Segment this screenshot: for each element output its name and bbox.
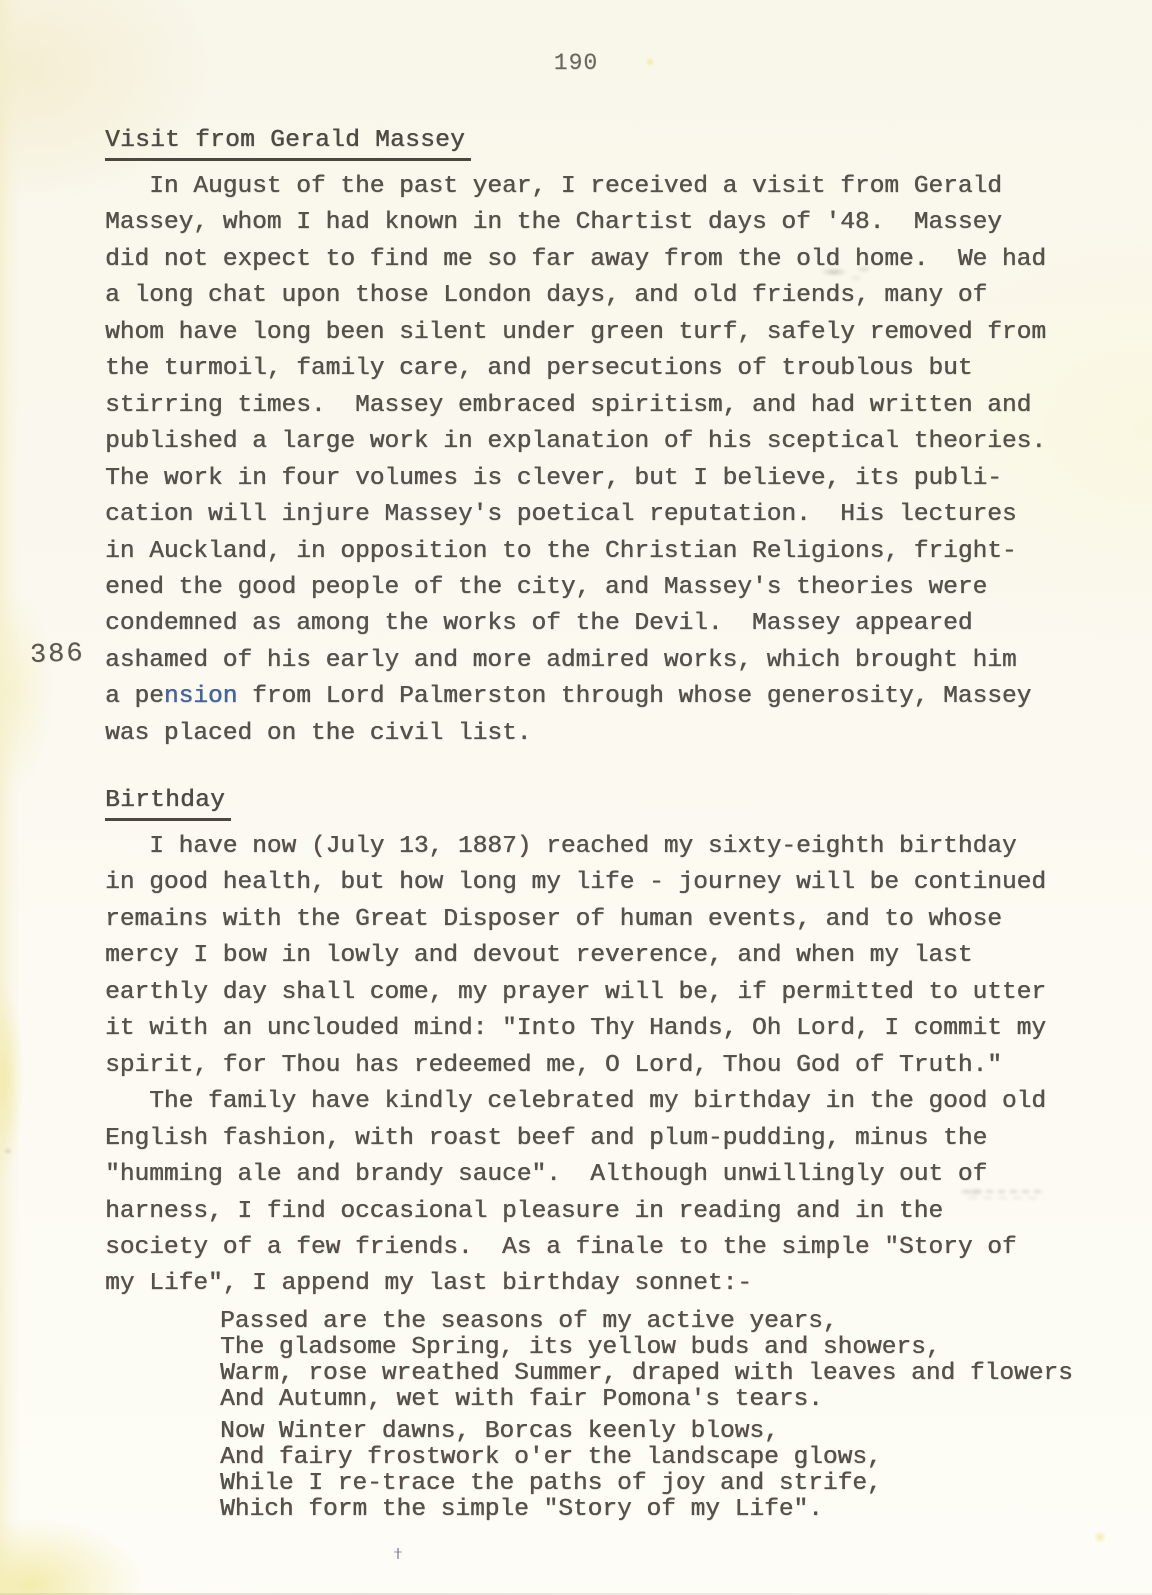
text-line: in good health, but how long my life - j… <box>105 865 1122 901</box>
text-line: published a large work in explanation of… <box>105 424 1122 460</box>
margin-note: 386 <box>29 639 85 671</box>
erasure-smudge <box>816 264 878 282</box>
stray-mark <box>397 1548 399 1559</box>
text-line: Which form the simple "Story of my Life"… <box>220 1497 1073 1523</box>
text-line: earthly day shall come, my prayer will b… <box>105 975 1122 1011</box>
text-line: the turmoil, family care, and persecutio… <box>105 351 1122 387</box>
text-line: ened the good people of the city, and Ma… <box>105 570 1122 606</box>
document-page: { "page": { "number": "190", "paper_colo… <box>0 0 1152 1595</box>
section-visit-massey: Visit from Gerald Massey In August of th… <box>105 126 1122 752</box>
text-line: English fashion, with roast beef and plu… <box>105 1121 1122 1157</box>
poem-sonnet: Passed are the seasons of my active year… <box>220 1309 1073 1523</box>
text-line: a long chat upon those London days, and … <box>105 278 1122 314</box>
edge-smudge <box>2 1146 14 1156</box>
text-line: Warm, rose wreathed Summer, draped with … <box>220 1361 1073 1387</box>
text-line: in Auckland, in opposition to the Christ… <box>105 534 1122 570</box>
text-line: While I re-trace the paths of joy and st… <box>220 1471 1073 1497</box>
text-line: stirring times. Massey embraced spiritis… <box>105 388 1122 424</box>
text-segment: from Lord Palmerston through whose gener… <box>237 683 1031 710</box>
text-line: Now Winter dawns, Borcas keenly blows, <box>220 1419 1073 1445</box>
text-line: remains with the Great Disposer of human… <box>105 902 1122 938</box>
text-line: was placed on the civil list. <box>105 716 1122 752</box>
section-body-visit: In August of the past year, I received a… <box>105 169 1122 752</box>
text-line: Passed are the seasons of my active year… <box>220 1309 1073 1335</box>
poem-stanza-1: Passed are the seasons of my active year… <box>220 1309 1073 1413</box>
section-heading-birthday: Birthday <box>105 786 231 821</box>
page-number: 190 <box>0 50 1152 76</box>
text-line: my Life", I append my last birthday sonn… <box>105 1266 1122 1302</box>
text-line: Massey, whom I had known in the Chartist… <box>105 205 1122 241</box>
text-line: it with an unclouded mind: "Into Thy Han… <box>105 1011 1122 1047</box>
text-line: cation will injure Massey's poetical rep… <box>105 497 1122 533</box>
erasure-smudge <box>962 1186 1046 1203</box>
text-line: And fairy frostwork o'er the landscape g… <box>220 1445 1073 1471</box>
section-heading-visit: Visit from Gerald Massey <box>105 126 471 161</box>
text-segment: a pe <box>105 683 164 710</box>
text-line: spirit, for Thou has redeemed me, O Lord… <box>105 1048 1122 1084</box>
text-line: condemned as among the works of the Devi… <box>105 606 1122 642</box>
text-line: The family have kindly celebrated my bir… <box>105 1084 1122 1120</box>
text-line: The gladsome Spring, its yellow buds and… <box>220 1335 1073 1361</box>
text-line: mercy I bow in lowly and devout reverenc… <box>105 938 1122 974</box>
text-line: ashamed of his early and more admired wo… <box>105 643 1122 679</box>
text-line: And Autumn, wet with fair Pomona's tears… <box>220 1387 1073 1413</box>
text-line: The work in four volumes is clever, but … <box>105 461 1122 497</box>
text-line: I have now (July 13, 1887) reached my si… <box>105 829 1122 865</box>
section-birthday: Birthday I have now (July 13, 1887) reac… <box>105 786 1122 1303</box>
text-line: did not expect to find me so far away fr… <box>105 242 1122 278</box>
text-line: In August of the past year, I received a… <box>105 169 1122 205</box>
blue-ink-correction: nsion <box>164 683 238 710</box>
text-line: a pension from Lord Palmerston through w… <box>105 679 1122 715</box>
poem-stanza-2: Now Winter dawns, Borcas keenly blows,An… <box>220 1419 1073 1523</box>
text-line: whom have long been silent under green t… <box>105 315 1122 351</box>
text-line: society of a few friends. As a finale to… <box>105 1230 1122 1266</box>
section-body-birthday: I have now (July 13, 1887) reached my si… <box>105 829 1122 1303</box>
